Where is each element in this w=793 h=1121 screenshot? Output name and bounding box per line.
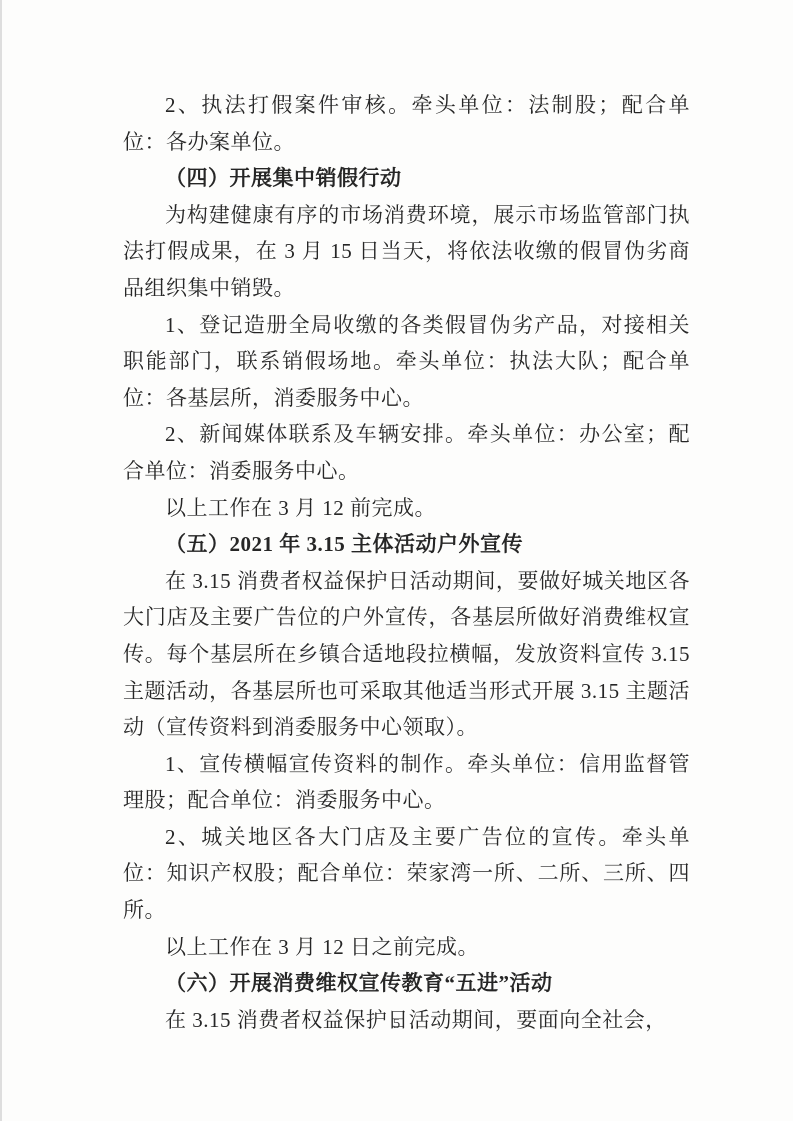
scan-edge — [0, 0, 2, 1121]
paragraph-section-4-intro: 为构建健康有序的市场消费环境，展示市场监管部门执法打假成果，在 3 月 15 日… — [123, 197, 690, 307]
paragraph-section-5-intro: 在 3.15 消费者权益保护日活动期间，要做好城关地区各大门店及主要广告位的户外… — [123, 563, 690, 746]
paragraph-deadline-march-12: 以上工作在 3 月 12 前完成。 — [123, 490, 690, 527]
paragraph-item-1-register-goods: 1、登记造册全局收缴的各类假冒伪劣产品，对接相关职能部门，联系销假场地。牵头单位… — [123, 307, 690, 417]
paragraph-item-2-storefront-ads: 2、城关地区各大门店及主要广告位的宣传。牵头单位：知识产权股；配合单位：荣家湾一… — [123, 819, 690, 929]
page-number: 5 — [0, 1016, 793, 1033]
heading-section-6: （六）开展消费维权宣传教育“五进”活动 — [123, 965, 690, 1002]
document-body: 2、执法打假案件审核。牵头单位：法制股；配合单位：各办案单位。 （四）开展集中销… — [123, 87, 690, 1038]
paragraph-deadline-march-12-before: 以上工作在 3 月 12 日之前完成。 — [123, 929, 690, 966]
heading-section-4: （四）开展集中销假行动 — [123, 160, 690, 197]
paragraph-item-2-media-vehicles: 2、新闻媒体联系及车辆安排。牵头单位：办公室；配合单位：消委服务中心。 — [123, 416, 690, 489]
paragraph-item-2-case-review: 2、执法打假案件审核。牵头单位：法制股；配合单位：各办案单位。 — [123, 87, 690, 160]
document-page: 2、执法打假案件审核。牵头单位：法制股；配合单位：各办案单位。 （四）开展集中销… — [0, 0, 793, 1121]
heading-section-5: （五）2021 年 3.15 主体活动户外宣传 — [123, 526, 690, 563]
paragraph-item-1-banner-materials: 1、宣传横幅宣传资料的制作。牵头单位：信用监督管理股；配合单位：消委服务中心。 — [123, 746, 690, 819]
